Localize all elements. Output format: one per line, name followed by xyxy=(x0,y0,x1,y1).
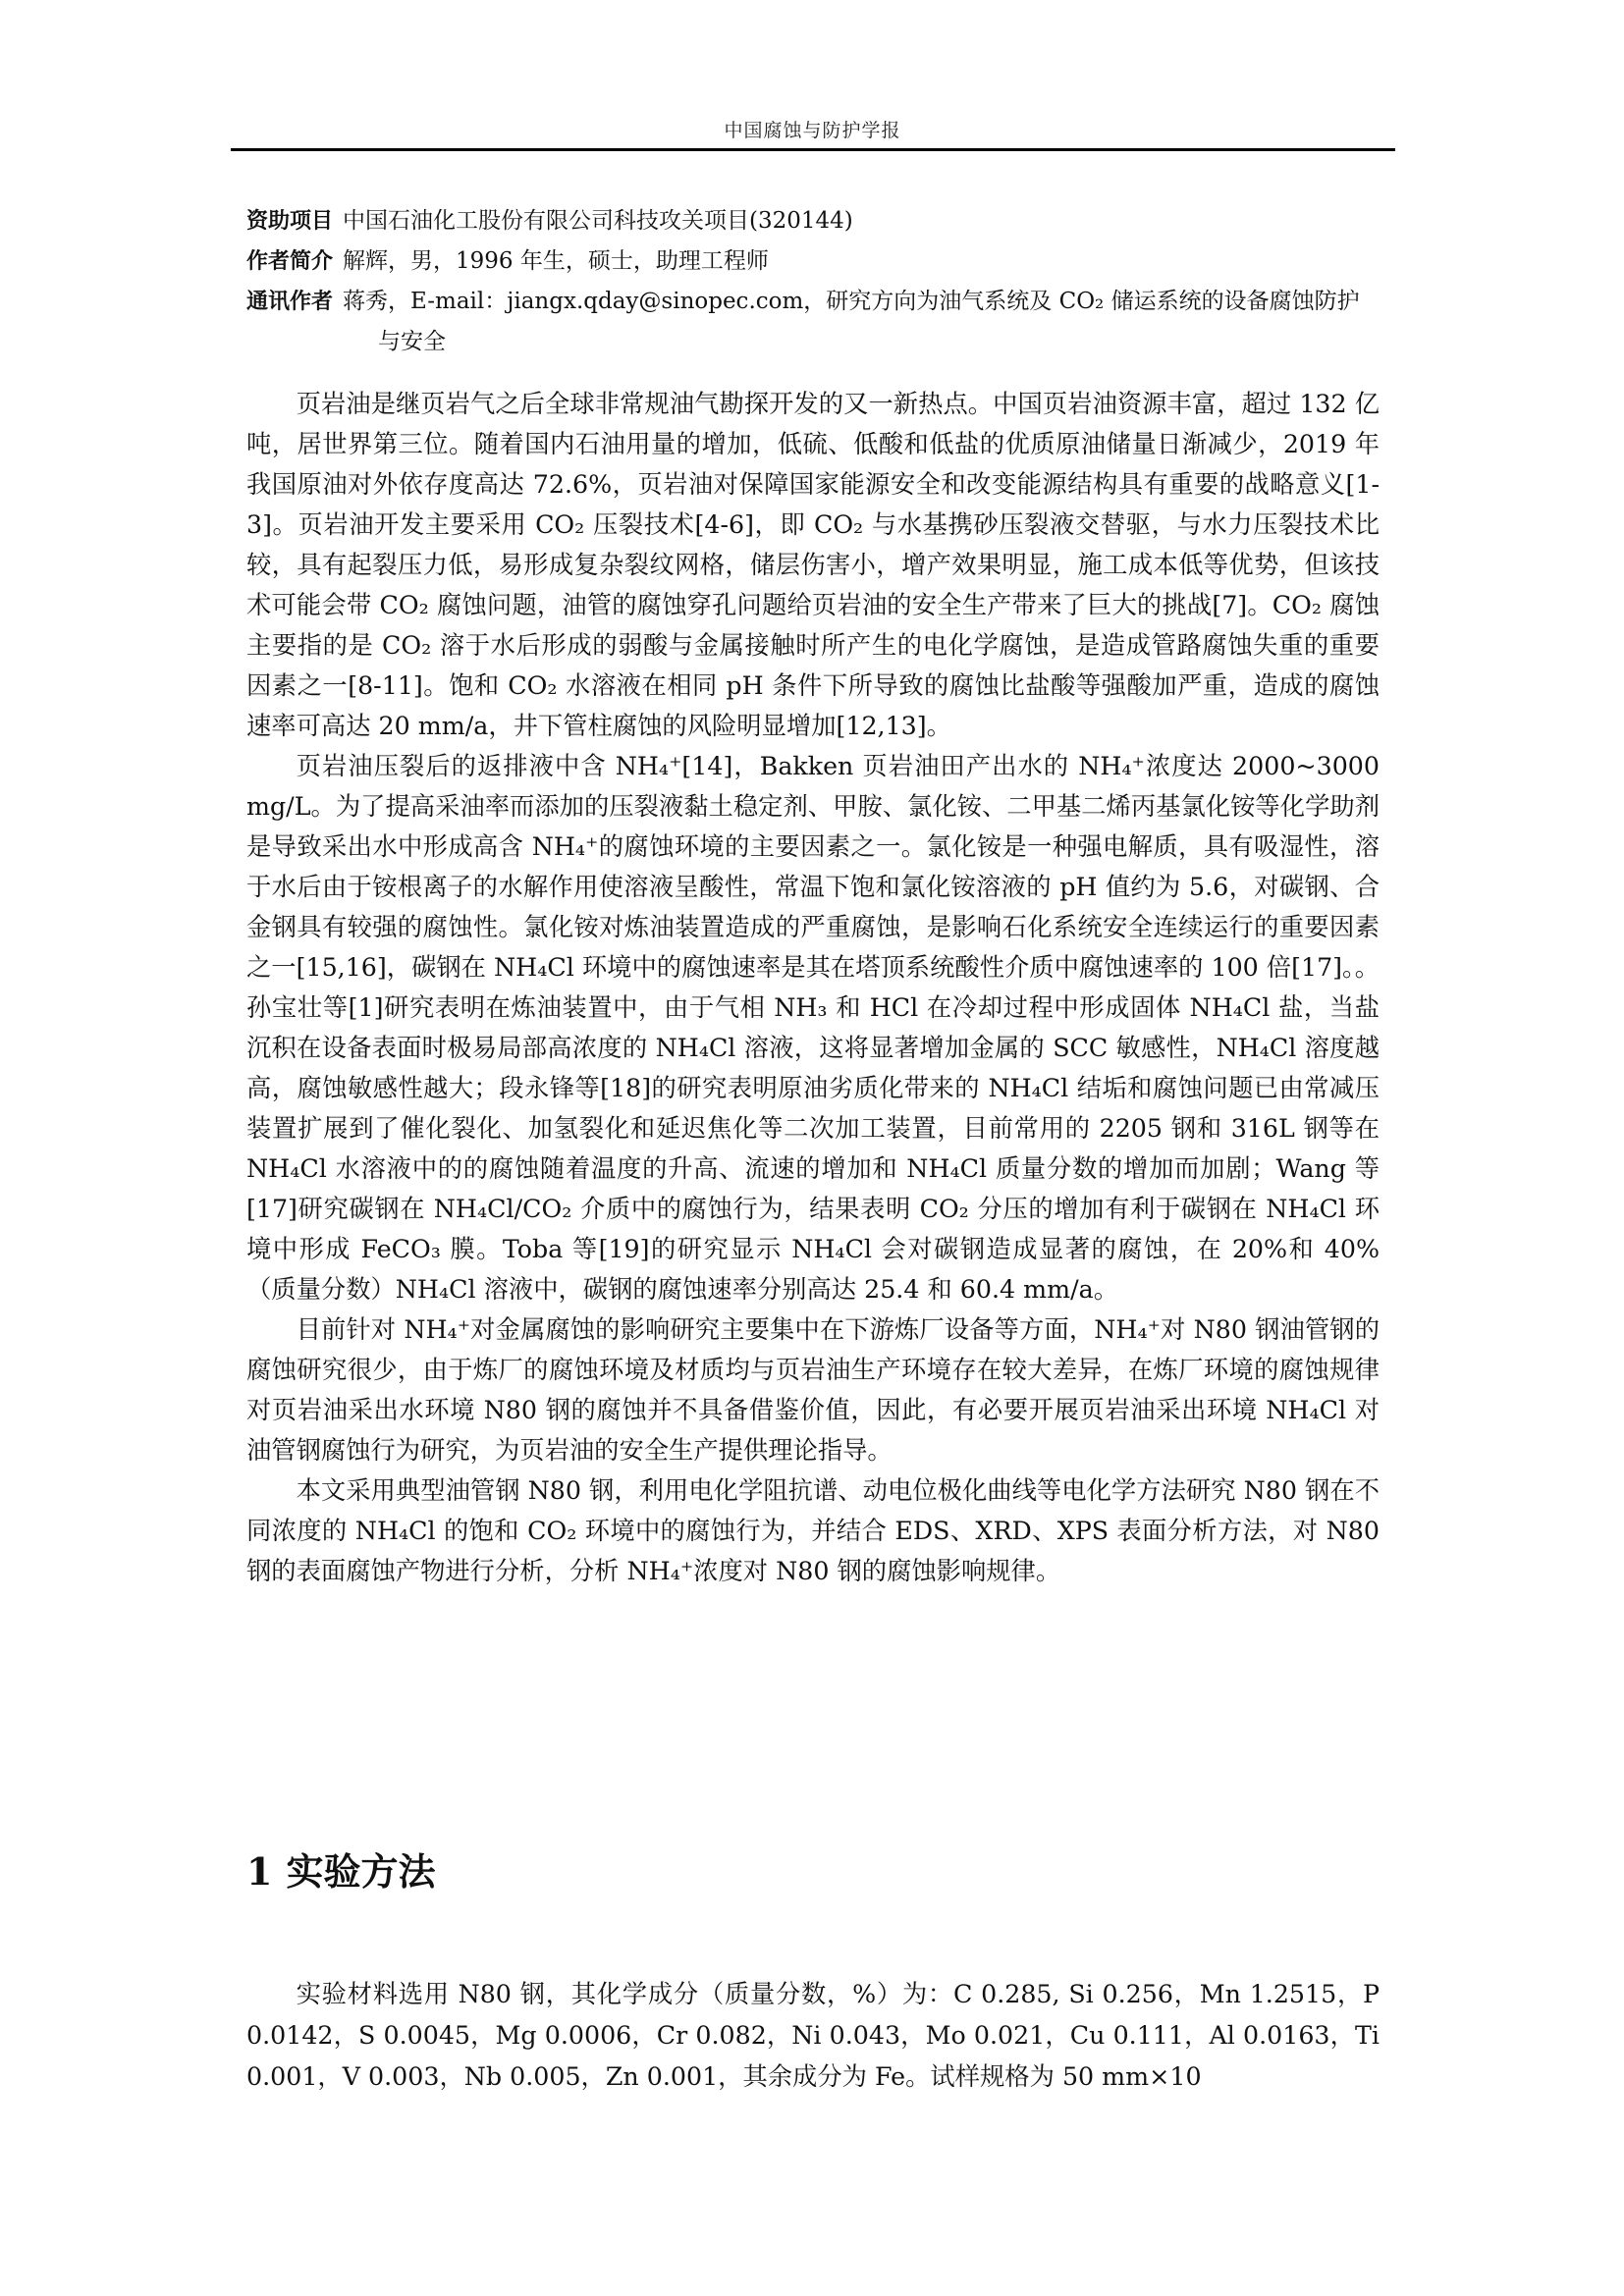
corresponding-author-row: 通讯作者 蒋秀，E-mail：jiangx.qday@sinopec.com，研… xyxy=(246,282,1395,322)
funding-row: 资助项目 中国石油化工股份有限公司科技攻关项目(320144) xyxy=(246,201,1395,241)
funding-label: 资助项目 xyxy=(246,201,333,241)
author-value: 解辉，男，1996 年生，硕士，助理工程师 xyxy=(343,241,1395,282)
section-body: 实验材料选用 N80 钢，其化学成分（质量分数，%）为：C 0.285, Si … xyxy=(246,1974,1380,2098)
introduction-body: 页岩油是继页岩气之后全球非常规油气勘探开发的又一新热点。中国页岩油资源丰富，超过… xyxy=(246,384,1380,1591)
corresponding-author-continuation: 与安全 xyxy=(246,322,1395,362)
header-rule xyxy=(231,148,1395,151)
paragraph: 页岩油是继页岩气之后全球非常规油气勘探开发的又一新热点。中国页岩油资源丰富，超过… xyxy=(246,384,1380,746)
paragraph: 实验材料选用 N80 钢，其化学成分（质量分数，%）为：C 0.285, Si … xyxy=(246,1974,1380,2098)
funding-value: 中国石油化工股份有限公司科技攻关项目(320144) xyxy=(343,201,1395,241)
paragraph: 页岩油压裂后的返排液中含 NH₄⁺[14]，Bakken 页岩油田产出水的 NH… xyxy=(246,746,1380,1309)
paragraph: 目前针对 NH₄⁺对金属腐蚀的影响研究主要集中在下游炼厂设备等方面，NH₄⁺对 … xyxy=(246,1309,1380,1470)
author-label: 作者简介 xyxy=(246,241,333,282)
corresponding-author-label: 通讯作者 xyxy=(246,282,333,322)
section-title: 实验方法 xyxy=(286,1850,435,1894)
running-head-journal-title: 中国腐蚀与防护学报 xyxy=(231,116,1394,142)
author-row: 作者简介 解辉，男，1996 年生，硕士，助理工程师 xyxy=(246,241,1395,282)
section-heading: 1实验方法 xyxy=(246,1842,435,1896)
section-number: 1 xyxy=(246,1849,272,1894)
article-metadata: 资助项目 中国石油化工股份有限公司科技攻关项目(320144) 作者简介 解辉，… xyxy=(246,201,1395,362)
paragraph: 本文采用典型油管钢 N80 钢，利用电化学阻抗谱、动电位极化曲线等电化学方法研究… xyxy=(246,1470,1380,1591)
corresponding-author-value: 蒋秀，E-mail：jiangx.qday@sinopec.com，研究方向为油… xyxy=(343,282,1395,322)
